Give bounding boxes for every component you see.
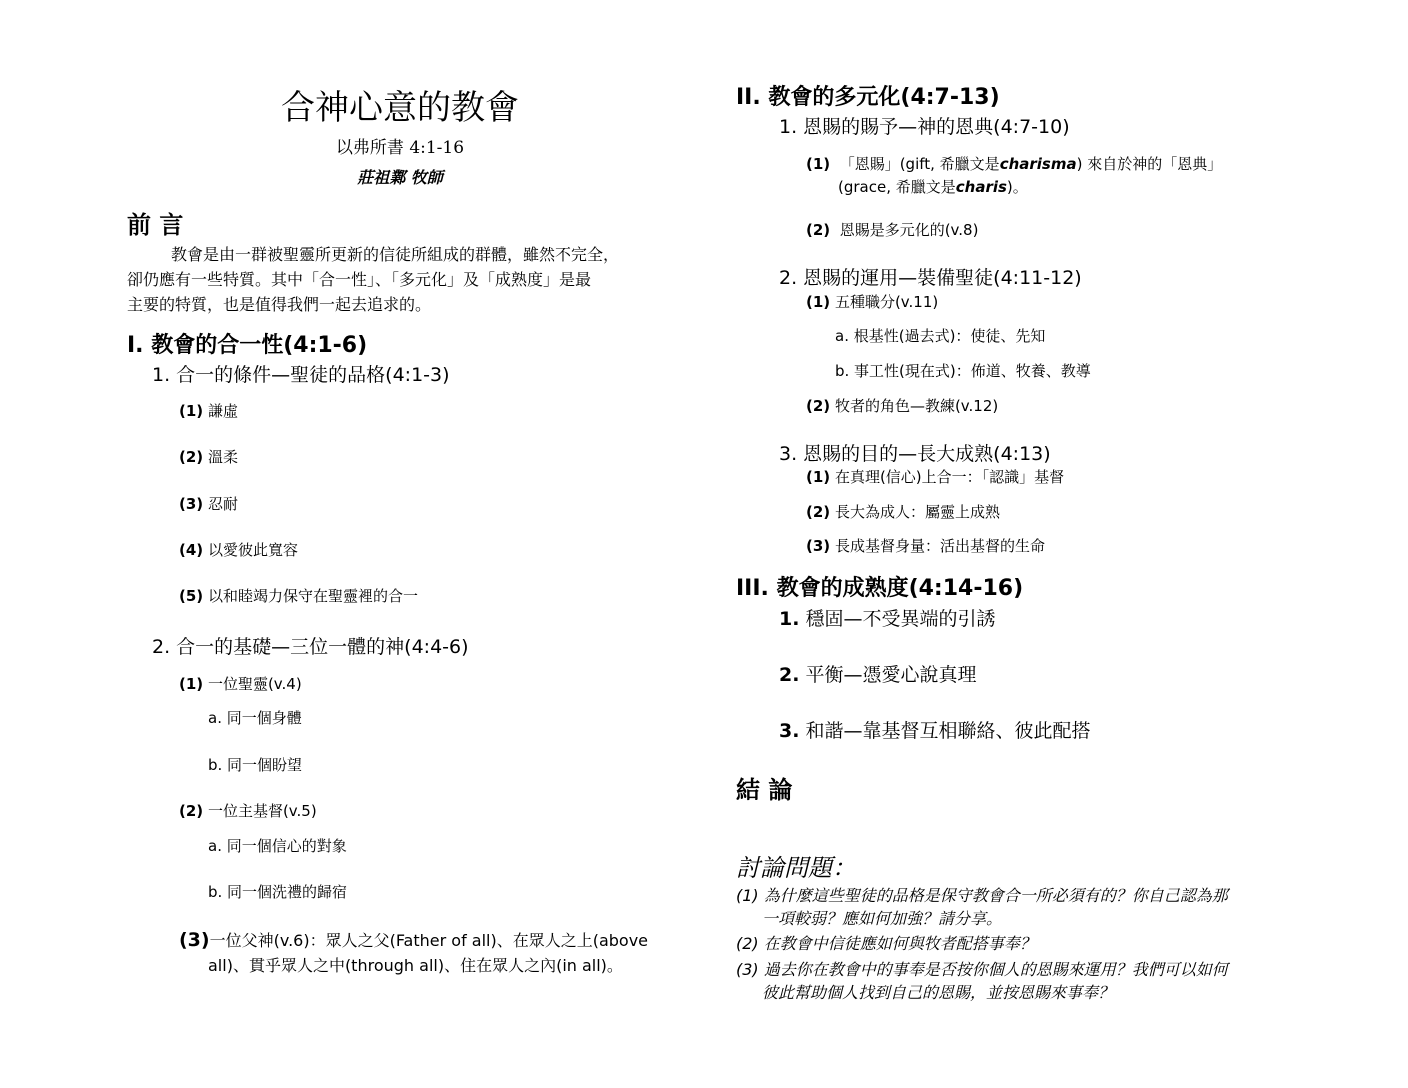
list-item: (4) 以愛彼此寬容 bbox=[179, 539, 298, 560]
list-item: (3) 忍耐 bbox=[179, 493, 238, 514]
list-item: (2) 溫柔 bbox=[179, 446, 238, 467]
list-item: (1) 五種職分(v.11) bbox=[806, 291, 938, 312]
list-item: (1) 一位聖靈(v.4) bbox=[179, 673, 302, 694]
author-name: 莊祖鄴 牧師 bbox=[0, 165, 800, 188]
list-item: (2) 一位主基督(v.5) bbox=[179, 800, 317, 821]
list-subitem: b. 同一個洗禮的歸宿 bbox=[208, 881, 347, 902]
list-subitem: b. 同一個盼望 bbox=[208, 754, 302, 775]
list-item: (3) 長成基督身量：活出基督的生命 bbox=[806, 535, 1045, 556]
discussion-question: (2) 在教會中信徒應如何與牧者配搭事奉？ bbox=[736, 932, 1286, 955]
section-1-heading: I. 教會的合一性(4:1-6) bbox=[127, 328, 367, 359]
section-3-heading: III. 教會的成熟度(4:14-16) bbox=[736, 571, 1023, 602]
section-3-point-2: 2. 平衡—憑愛心說真理 bbox=[779, 660, 977, 687]
intro-heading: 前 言 bbox=[127, 205, 183, 240]
list-subitem: a. 根基性(過去式)：使徒、先知 bbox=[835, 325, 1045, 346]
intro-line-2: 卻仍應有一些特質。其中「合一性」、「多元化」及「成熟度」是最 bbox=[127, 267, 591, 290]
list-subitem: a. 同一個身體 bbox=[208, 707, 302, 728]
section-2-heading: II. 教會的多元化(4:7-13) bbox=[736, 80, 1000, 111]
section-2-point-1: 1. 恩賜的賜予—神的恩典(4:7-10) bbox=[779, 112, 1070, 139]
intro-line-3: 主要的特質，也是值得我們一起去追求的。 bbox=[127, 292, 431, 315]
section-1-point-2: 2. 合一的基礎—三位一體的神(4:4-6) bbox=[152, 632, 469, 659]
conclusion-heading: 結 論 bbox=[736, 770, 792, 805]
document-title: 合神心意的教會 bbox=[0, 80, 800, 129]
list-item: (3)一位父神(v.6)：眾人之父(Father of all)、在眾人之上(a… bbox=[179, 928, 648, 951]
section-2-point-2: 2. 恩賜的運用—裝備聖徒(4:11-12) bbox=[779, 263, 1082, 290]
section-3-point-3: 3. 和諧—靠基督互相聯絡、彼此配搭 bbox=[779, 716, 1091, 743]
discussion-question: (1) 為什麼這些聖徒的品格是保守教會合一所必須有的？你自己認為那 一項較弱？應… bbox=[736, 884, 1286, 930]
scripture-reference: 以弗所書 4:1-16 bbox=[0, 133, 800, 158]
section-1-point-1: 1. 合一的條件—聖徒的品格(4:1-3) bbox=[152, 360, 450, 387]
list-item: (5) 以和睦竭力保守在聖靈裡的合一 bbox=[179, 585, 418, 606]
discussion-question: (3) 過去你在教會中的事奉是否按你個人的恩賜來運用？我們可以如何 彼此幫助個人… bbox=[736, 958, 1286, 1004]
section-3-point-1: 1. 穩固—不受異端的引誘 bbox=[779, 604, 996, 631]
list-subitem: b. 事工性(現在式)：佈道、牧養、教導 bbox=[835, 360, 1091, 381]
list-item: (2) 恩賜是多元化的(v.8) bbox=[806, 219, 978, 240]
list-item: (2) 長大為成人：屬靈上成熟 bbox=[806, 501, 1000, 522]
list-item: (1) 謙虛 bbox=[179, 400, 238, 421]
list-item-continuation: all)、貫乎眾人之中(through all)、住在眾人之內(in all)。 bbox=[208, 953, 623, 976]
list-item-continuation: (grace, 希臘文是charis)。 bbox=[838, 176, 1028, 197]
list-item: (1) 在真理(信心)上合一：「認識」基督 bbox=[806, 466, 1064, 487]
section-2-point-3: 3. 恩賜的目的—長大成熟(4:13) bbox=[779, 439, 1051, 466]
discussion-heading: 討論問題： bbox=[736, 848, 856, 883]
list-item: (1) 「恩賜」(gift, 希臘文是charisma) 來自於神的「恩典」 bbox=[806, 153, 1222, 174]
list-item: (2) 牧者的角色—教練(v.12) bbox=[806, 395, 998, 416]
list-subitem: a. 同一個信心的對象 bbox=[208, 835, 347, 856]
intro-line-1: 教會是由一群被聖靈所更新的信徒所組成的群體，雖然不完全， bbox=[171, 242, 619, 265]
